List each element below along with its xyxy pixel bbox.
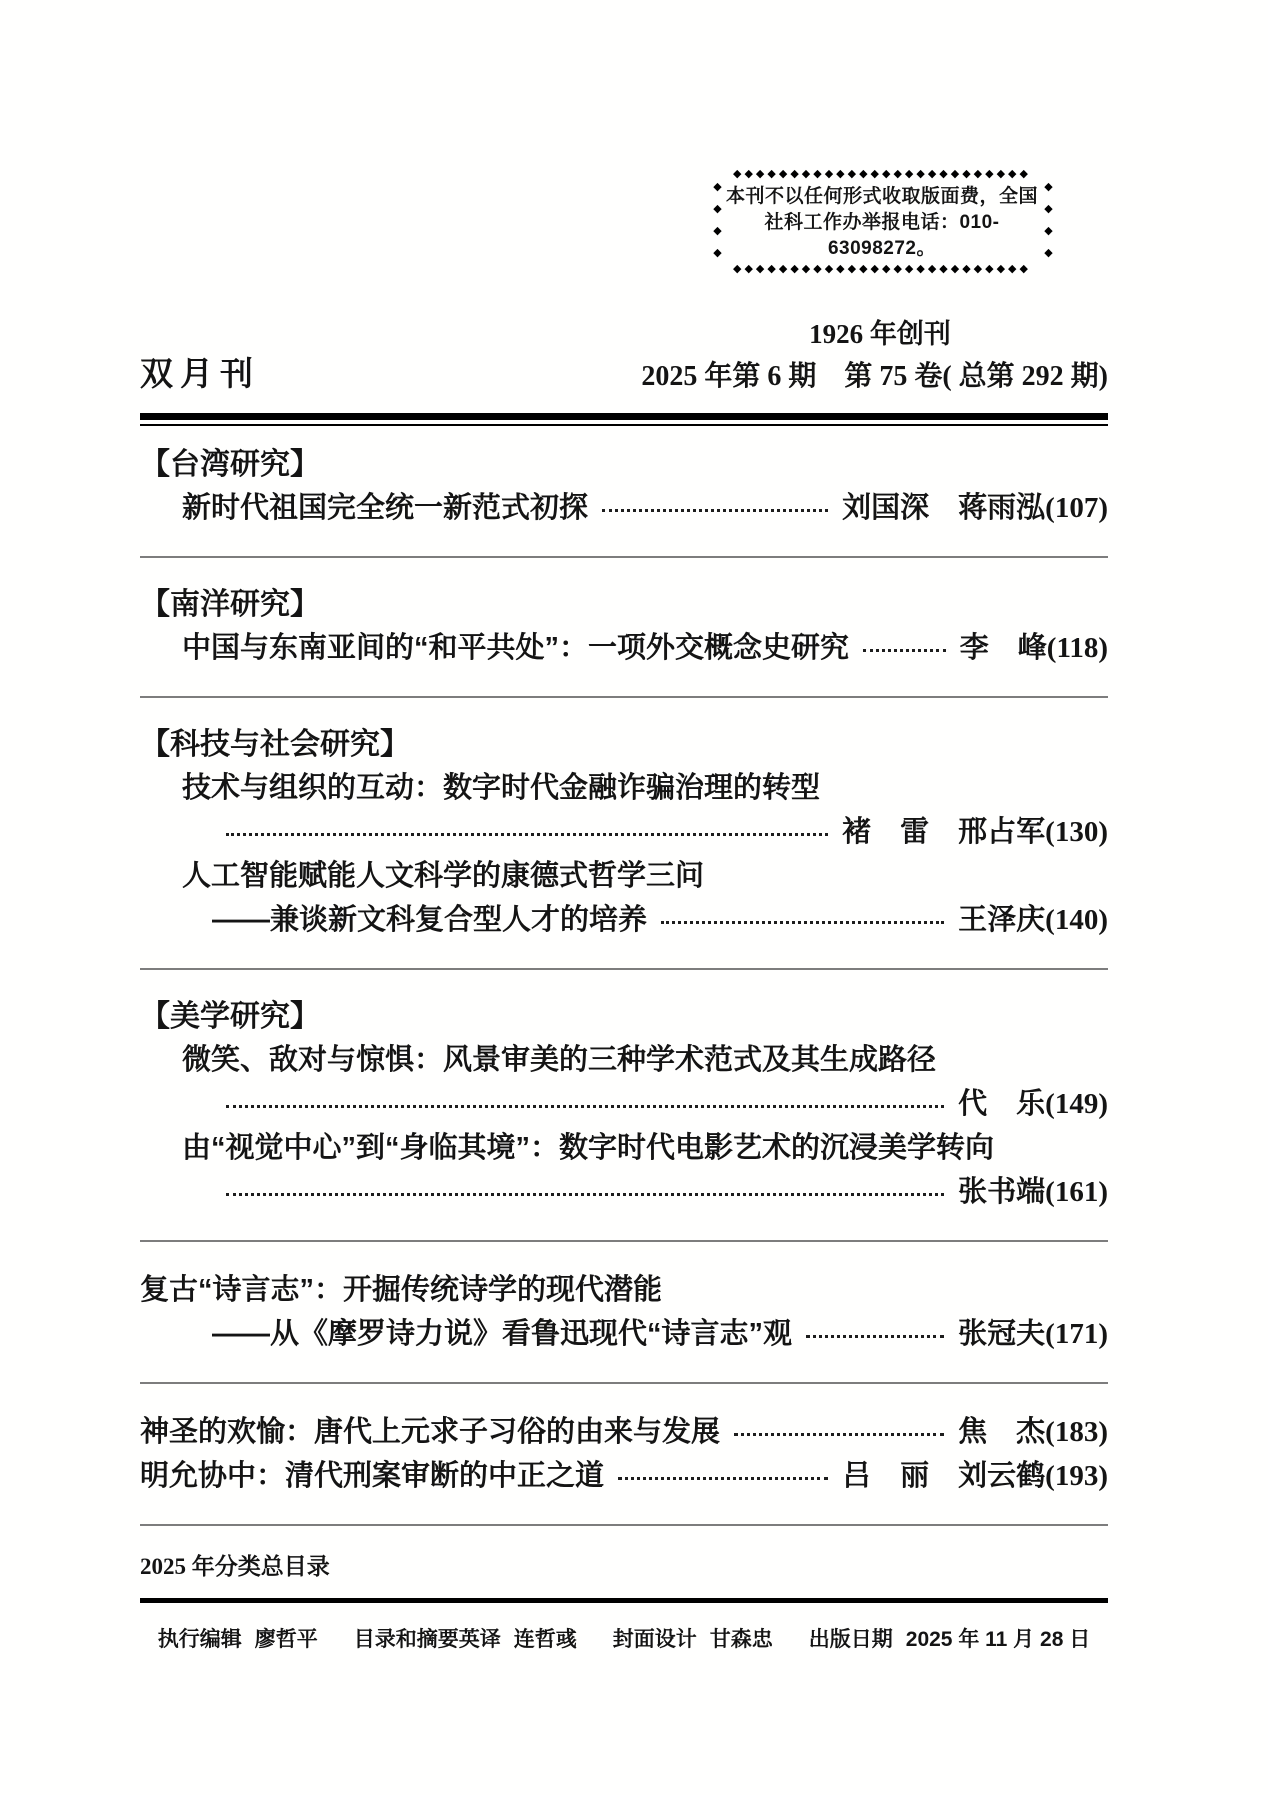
entry-title: 复古“诗言志”：开掘传统诗学的现代潜能 bbox=[140, 1268, 662, 1312]
toc-entry-continuation: 张书端(161) bbox=[140, 1170, 1108, 1214]
toc-block: 复古“诗言志”：开掘传统诗学的现代潜能 ——从《摩罗诗力说》看鲁迅现代“诗言志”… bbox=[140, 1268, 1108, 1356]
footer-item: 目录和摘要英译 连哲彧 bbox=[354, 1623, 577, 1653]
footer-item: 封面设计 甘森忠 bbox=[613, 1623, 773, 1653]
footer-credits: 执行编辑 廖哲平 目录和摘要英译 连哲彧 封面设计 甘森忠 出版日期 2025 … bbox=[140, 1623, 1108, 1653]
footer-value: 甘森忠 bbox=[710, 1623, 773, 1653]
footer-label: 执行编辑 bbox=[158, 1623, 242, 1653]
toc-entry: 复古“诗言志”：开掘传统诗学的现代潜能 bbox=[140, 1268, 1108, 1312]
entry-subtitle: ——从《摩罗诗力说》看鲁迅现代“诗言志”观 bbox=[212, 1312, 792, 1356]
entry-authors-page: 张书端(161) bbox=[958, 1170, 1108, 1214]
entry-authors-page: 李 峰(118) bbox=[960, 626, 1108, 670]
toc-entry: 新时代祖国完全统一新范式初探 刘国深 蒋雨泓(107) bbox=[140, 486, 1108, 530]
footer-label: 目录和摘要英译 bbox=[354, 1623, 501, 1653]
section-header: 【美学研究】 bbox=[140, 996, 1108, 1038]
section-divider bbox=[140, 968, 1108, 970]
founded-year: 1926 年创刊 bbox=[700, 318, 1060, 350]
toc-block: 【台湾研究】 新时代祖国完全统一新范式初探 刘国深 蒋雨泓(107) bbox=[140, 444, 1108, 530]
masthead-row: 双月刊 2025 年第 6 期 第 75 卷( 总第 292 期) bbox=[140, 354, 1108, 397]
toc-entry: 明允协中：清代刑案审断的中正之道 吕 丽 刘云鹤(193) bbox=[140, 1454, 1108, 1498]
toc-entry-subtitle: ——兼谈新文科复合型人才的培养 王泽庆(140) bbox=[140, 898, 1108, 942]
toc-entry: 微笑、敌对与惊惧：风景审美的三种学术范式及其生成路径 bbox=[140, 1038, 1108, 1082]
dot-leader bbox=[734, 1433, 944, 1436]
toc-entry-continuation: 褚 雷 邢占军(130) bbox=[140, 810, 1108, 854]
entry-authors-page: 王泽庆(140) bbox=[958, 898, 1108, 942]
section-divider bbox=[140, 556, 1108, 558]
dot-leader bbox=[226, 833, 828, 836]
annual-catalog-note: 2025 年分类总目录 bbox=[140, 1552, 1108, 1582]
entry-title: 神圣的欢愉：唐代上元求子习俗的由来与发展 bbox=[140, 1410, 720, 1454]
entry-subtitle: ——兼谈新文科复合型人才的培养 bbox=[212, 898, 647, 942]
section-divider bbox=[140, 1382, 1108, 1384]
footer-value: 廖哲平 bbox=[255, 1623, 318, 1653]
section-divider bbox=[140, 1240, 1108, 1242]
diamond-border-right-icon: ◆◆◆◆ bbox=[1041, 180, 1054, 264]
toc-entry-continuation: 代 乐(149) bbox=[140, 1082, 1108, 1126]
section-header: 【科技与社会研究】 bbox=[140, 724, 1108, 766]
toc-entry-subtitle: ——从《摩罗诗力说》看鲁迅现代“诗言志”观 张冠夫(171) bbox=[140, 1312, 1108, 1356]
footer-value: 2025 年 11 月 28 日 bbox=[906, 1623, 1090, 1653]
toc-block: 【科技与社会研究】 技术与组织的互动：数字时代金融诈骗治理的转型 褚 雷 邢占军… bbox=[140, 724, 1108, 942]
entry-authors-page: 吕 丽 刘云鹤(193) bbox=[842, 1454, 1108, 1498]
journal-toc-page: ◆◆◆◆◆◆◆◆◆◆◆◆◆◆◆◆◆◆◆◆◆◆◆◆◆◆ ◆◆◆◆ ◆◆◆◆ 本刊不… bbox=[0, 0, 1268, 1795]
dot-leader bbox=[661, 921, 944, 924]
toc-entry: 神圣的欢愉：唐代上元求子习俗的由来与发展 焦 杰(183) bbox=[140, 1410, 1108, 1454]
entry-title: 由“视觉中心”到“身临其境”：数字时代电影艺术的沉浸美学转向 bbox=[182, 1126, 994, 1170]
entry-authors-page: 张冠夫(171) bbox=[958, 1312, 1108, 1356]
dot-leader bbox=[226, 1193, 944, 1196]
entry-authors-page: 焦 杰(183) bbox=[958, 1410, 1108, 1454]
toc-entry: 技术与组织的互动：数字时代金融诈骗治理的转型 bbox=[140, 766, 1108, 810]
entry-authors-page: 代 乐(149) bbox=[958, 1082, 1108, 1126]
toc-entry: 人工智能赋能人文科学的康德式哲学三问 bbox=[140, 854, 1108, 898]
section-divider bbox=[140, 696, 1108, 698]
dot-leader bbox=[618, 1477, 828, 1480]
entry-title: 明允协中：清代刑案审断的中正之道 bbox=[140, 1454, 604, 1498]
entry-title: 中国与东南亚间的“和平共处”：一项外交概念史研究 bbox=[182, 626, 849, 670]
page-content: ◆◆◆◆◆◆◆◆◆◆◆◆◆◆◆◆◆◆◆◆◆◆◆◆◆◆ ◆◆◆◆ ◆◆◆◆ 本刊不… bbox=[140, 170, 1108, 1653]
dot-leader bbox=[226, 1105, 944, 1108]
toc-entry: 由“视觉中心”到“身临其境”：数字时代电影艺术的沉浸美学转向 bbox=[140, 1126, 1108, 1170]
toc-entry: 中国与东南亚间的“和平共处”：一项外交概念史研究 李 峰(118) bbox=[140, 626, 1108, 670]
section-header: 【南洋研究】 bbox=[140, 584, 1108, 626]
footer-label: 出版日期 bbox=[809, 1623, 893, 1653]
entry-title: 新时代祖国完全统一新范式初探 bbox=[182, 486, 588, 530]
diamond-border-left-icon: ◆◆◆◆ bbox=[710, 180, 723, 264]
masthead-double-rule bbox=[140, 413, 1108, 426]
no-fee-notice-box: ◆◆◆◆◆◆◆◆◆◆◆◆◆◆◆◆◆◆◆◆◆◆◆◆◆◆ ◆◆◆◆ ◆◆◆◆ 本刊不… bbox=[712, 170, 1052, 274]
issue-volume-info: 2025 年第 6 期 第 75 卷( 总第 292 期) bbox=[641, 357, 1108, 397]
toc-block: 【南洋研究】 中国与东南亚间的“和平共处”：一项外交概念史研究 李 峰(118) bbox=[140, 584, 1108, 670]
footer-label: 封面设计 bbox=[613, 1623, 697, 1653]
publication-frequency: 双月刊 bbox=[140, 354, 260, 394]
dot-leader bbox=[863, 649, 946, 652]
entry-authors-page: 刘国深 蒋雨泓(107) bbox=[842, 486, 1108, 530]
footer-item: 执行编辑 廖哲平 bbox=[158, 1623, 318, 1653]
entry-title: 人工智能赋能人文科学的康德式哲学三问 bbox=[182, 854, 704, 898]
dot-leader bbox=[806, 1335, 944, 1338]
entry-authors-page: 褚 雷 邢占军(130) bbox=[842, 810, 1108, 854]
footer-rule bbox=[140, 1598, 1108, 1603]
diamond-border-top-icon: ◆◆◆◆◆◆◆◆◆◆◆◆◆◆◆◆◆◆◆◆◆◆◆◆◆◆ bbox=[712, 168, 1052, 181]
diamond-border-bottom-icon: ◆◆◆◆◆◆◆◆◆◆◆◆◆◆◆◆◆◆◆◆◆◆◆◆◆◆ bbox=[712, 263, 1052, 276]
dot-leader bbox=[602, 509, 828, 512]
section-divider bbox=[140, 1524, 1108, 1526]
notice-line-2: 社科工作办举报电话：010-63098272。 bbox=[720, 210, 1044, 262]
entry-title: 技术与组织的互动：数字时代金融诈骗治理的转型 bbox=[182, 766, 820, 810]
toc-block: 神圣的欢愉：唐代上元求子习俗的由来与发展 焦 杰(183) 明允协中：清代刑案审… bbox=[140, 1410, 1108, 1498]
footer-value: 连哲彧 bbox=[514, 1623, 577, 1653]
section-header: 【台湾研究】 bbox=[140, 444, 1108, 486]
footer-item: 出版日期 2025 年 11 月 28 日 bbox=[809, 1623, 1090, 1653]
toc-block: 【美学研究】 微笑、敌对与惊惧：风景审美的三种学术范式及其生成路径 代 乐(14… bbox=[140, 996, 1108, 1214]
notice-line-1: 本刊不以任何形式收取版面费，全国 bbox=[720, 184, 1044, 210]
entry-title: 微笑、敌对与惊惧：风景审美的三种学术范式及其生成路径 bbox=[182, 1038, 936, 1082]
